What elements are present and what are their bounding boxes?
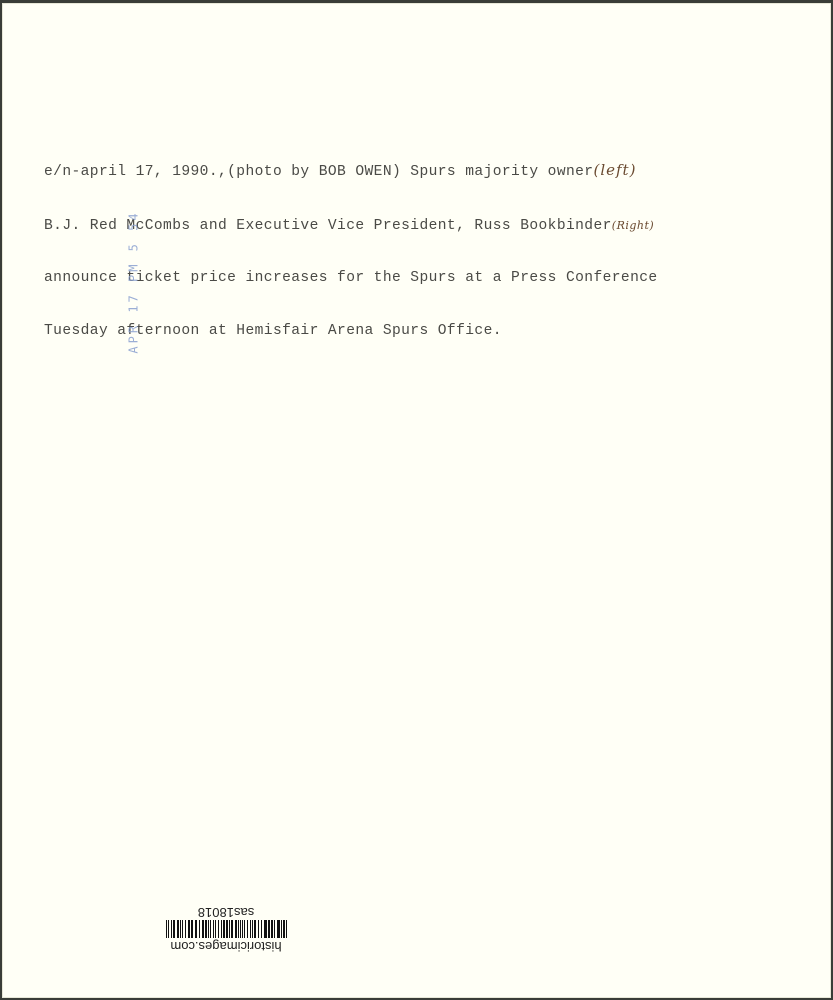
date-received-stamp: APR 17 PM 5 54 bbox=[127, 210, 141, 353]
photo-back-sheet: e/n-april 17, 1990.,(photo by BOB OWEN) … bbox=[2, 3, 831, 998]
handwritten-note-left: (left) bbox=[593, 161, 636, 179]
caption-line-1: e/n-april 17, 1990.,(photo by BOB OWEN) … bbox=[44, 162, 658, 182]
handwritten-note-right: (Right) bbox=[612, 219, 654, 232]
caption-text-1: e/n-april 17, 1990.,(photo by BOB OWEN) … bbox=[44, 164, 593, 180]
barcode-site-text: historicimages.com bbox=[163, 939, 289, 953]
barcode-label: historicimages.com sas18018 bbox=[163, 905, 289, 953]
barcode-icon bbox=[165, 920, 287, 938]
barcode-id-text: sas18018 bbox=[163, 905, 289, 919]
